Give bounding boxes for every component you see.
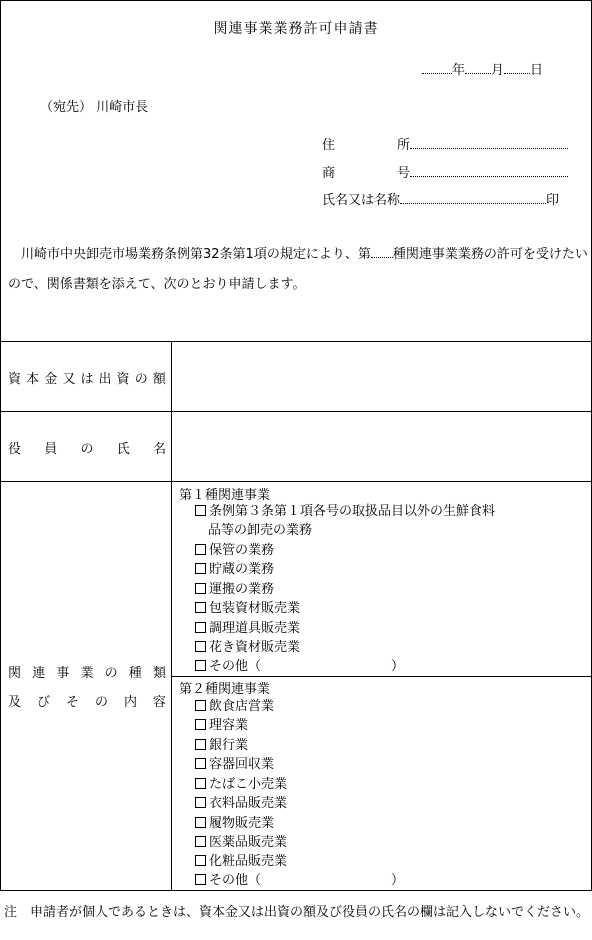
- day-field[interactable]: [504, 61, 530, 74]
- checkbox[interactable]: [195, 874, 206, 885]
- date-line: 年月日: [422, 59, 543, 78]
- checkbox[interactable]: [195, 700, 206, 711]
- checkbox[interactable]: [195, 660, 206, 671]
- type2-item-other[interactable]: その他（ ）: [195, 871, 404, 891]
- officers-value-field[interactable]: [172, 412, 590, 481]
- checkbox[interactable]: [195, 739, 206, 750]
- checkbox[interactable]: [195, 505, 206, 516]
- form-title: 関連事業業務許可申請書: [0, 18, 592, 38]
- type1-item-other[interactable]: その他（ ）: [195, 657, 404, 677]
- addressee: （宛先） 川崎市長: [40, 96, 148, 115]
- trade-name-label: 商号: [322, 162, 410, 181]
- name-label: 氏名又は名称: [322, 193, 400, 208]
- address-label: 住所: [322, 134, 410, 153]
- address-field[interactable]: [410, 136, 568, 149]
- type2-item-clothing[interactable]: 衣料品販売業: [195, 794, 287, 814]
- type1-item-fresh-food-cont: 品等の卸売の業務: [208, 521, 312, 541]
- month-field[interactable]: [465, 61, 491, 74]
- trade-name-row: 商号: [322, 162, 568, 181]
- year-field[interactable]: [422, 61, 452, 74]
- checkbox[interactable]: [195, 817, 206, 828]
- footnote: 注 申請者が個人であるときは、資本金又は出資の額及び役員の氏名の欄は記入しないで…: [4, 902, 590, 924]
- seal-label: 印: [546, 193, 559, 208]
- checkbox[interactable]: [195, 563, 206, 574]
- type2-item-restaurant[interactable]: 飲食店営業: [195, 697, 274, 717]
- checkbox[interactable]: [195, 641, 206, 652]
- capital-label: 資本金又は出資の額: [8, 368, 166, 387]
- checkbox[interactable]: [195, 602, 206, 613]
- day-label: 日: [530, 63, 543, 78]
- type2-item-barber[interactable]: 理容業: [195, 716, 248, 736]
- trade-name-field[interactable]: [410, 164, 568, 177]
- type2-item-container-collection[interactable]: 容器回収業: [195, 755, 274, 775]
- checkbox[interactable]: [195, 778, 206, 789]
- business-type-number-field[interactable]: [371, 245, 393, 258]
- checkbox[interactable]: [195, 758, 206, 769]
- checkbox[interactable]: [195, 622, 206, 633]
- checkbox[interactable]: [195, 836, 206, 847]
- checkbox[interactable]: [195, 719, 206, 730]
- type2-item-footwear[interactable]: 履物販売業: [195, 814, 274, 834]
- row-divider-2: [0, 481, 592, 482]
- name-field[interactable]: [400, 191, 546, 204]
- business-type-label-line1: 関連事業の種類: [8, 662, 166, 681]
- name-row: 氏名又は名称印: [322, 189, 559, 208]
- year-label: 年: [452, 63, 465, 78]
- business-type-label-line2: 及びその内容: [8, 691, 166, 710]
- type2-heading: 第２種関連事業: [179, 678, 270, 697]
- type1-item-storage[interactable]: 保管の業務: [195, 541, 274, 561]
- type1-item-flower-materials[interactable]: 花き資材販売業: [195, 638, 300, 658]
- type2-item-cosmetics[interactable]: 化粧品販売業: [195, 852, 287, 872]
- checkbox[interactable]: [195, 855, 206, 866]
- month-label: 月: [491, 63, 504, 78]
- checkbox[interactable]: [195, 797, 206, 808]
- type1-item-packaging[interactable]: 包装資材販売業: [195, 599, 300, 619]
- type2-item-bank[interactable]: 銀行業: [195, 736, 248, 756]
- type1-item-transport[interactable]: 運搬の業務: [195, 580, 274, 600]
- officers-label: 役員の氏名: [8, 438, 166, 457]
- checkbox[interactable]: [195, 544, 206, 555]
- type1-item-cooking-tools[interactable]: 調理道具販売業: [195, 619, 300, 639]
- type2-item-pharmacy[interactable]: 医薬品販売業: [195, 833, 287, 853]
- checkbox[interactable]: [195, 583, 206, 594]
- capital-value-field[interactable]: [172, 342, 590, 411]
- address-row: 住所: [322, 134, 568, 153]
- type1-item-fresh-food[interactable]: 条例第３条第１項各号の取扱品目以外の生鮮食料: [195, 502, 495, 522]
- type2-item-tobacco[interactable]: たばこ小売業: [195, 775, 287, 795]
- type1-item-warehousing[interactable]: 貯蔵の業務: [195, 560, 274, 580]
- type1-heading: 第１種関連事業: [179, 484, 270, 503]
- application-statement: 川崎市中央卸売市場業務条例第32条第1項の規定により、第種関連事業業務の許可を受…: [8, 240, 588, 300]
